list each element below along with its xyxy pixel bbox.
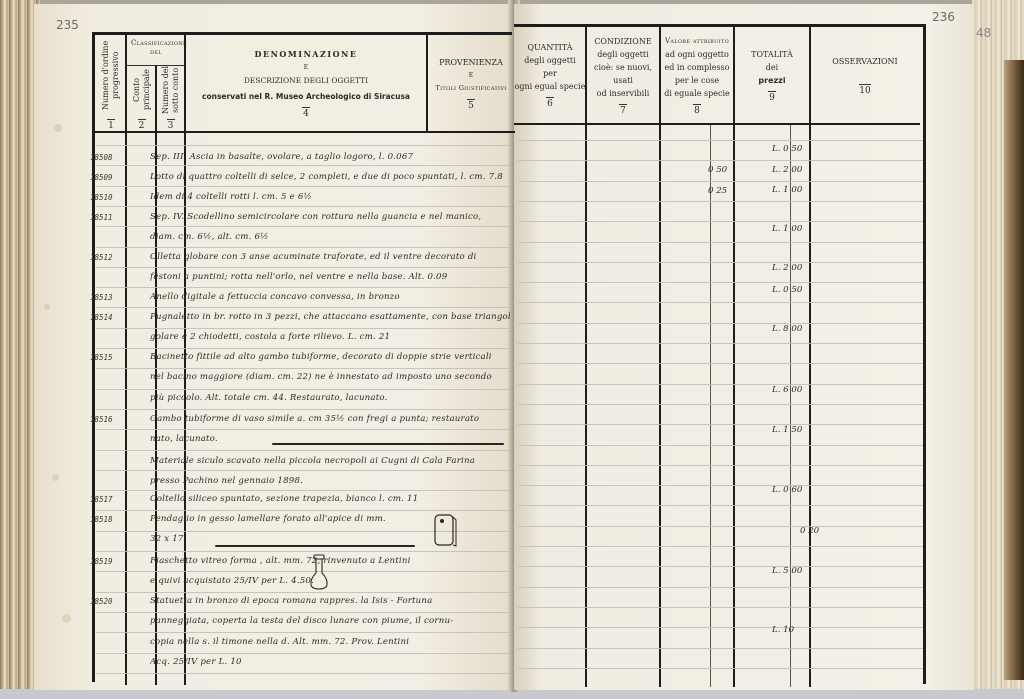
entry-description-line: nel bacino maggiore (diam. cm. 22) ne è … [150,372,510,382]
entry-description-line: copia nella s. il timone nella d. Alt. m… [150,637,510,647]
total-price: L. 0 60 [772,485,802,495]
entry-description-line: Lotto di quattro coltelli di selce, 2 co… [150,172,510,182]
foxing-stain [62,614,71,623]
ruled-line [96,592,510,593]
total-price: L. 5 00 [772,566,802,576]
ruled-line [96,450,510,451]
flask-sketch-icon [308,553,330,591]
entry-description-line: Acq. 25/IV per L. 10 [150,657,510,667]
column-subdivider [710,125,711,687]
ruled-line [518,282,923,283]
damaged-edge [1004,60,1024,680]
ledger-book-spread: 235 236 48 Numero d'ordine progressivo 1… [0,0,1024,699]
ruled-line [96,612,510,613]
entry-description-line: presso Pachino nel gennaio 1898. [150,476,510,486]
ruled-line [96,287,510,288]
ruled-line [96,409,510,410]
ruled-line [518,566,923,567]
ruled-line [518,546,923,547]
total-price: L. 0 50 [772,285,802,295]
entry-description-line: Bacinetto fittile ad alto gambo tubiform… [150,352,510,362]
ruled-line [96,673,510,674]
ruled-line [518,343,923,344]
ruled-line [96,226,510,227]
ruled-line [518,242,923,243]
ruled-line [96,145,510,146]
ruled-line [518,526,923,527]
entry-description-line: più piccolo. Alt. totale cm. 44. Restaur… [150,393,510,403]
total-price: L. 2 00 [772,165,802,175]
entry-description-line: Idem di 4 coltelli rotti l. cm. 5 e 6½ [150,192,510,202]
ruled-line [518,363,923,364]
ruled-line [96,490,510,491]
ruled-line [96,348,510,349]
unit-value: 0 50 [708,165,727,175]
right-register-table: QUANTITÀ degli oggetti per ogni egual sp… [514,24,926,684]
ruled-line [518,505,923,506]
entry-description-line: Coltello siliceo spuntato, sezione trape… [150,494,510,504]
ruled-line [96,429,510,430]
entry-description-line: panneggiata, coperta la testa del disco … [150,616,510,626]
ruled-line [96,186,510,187]
ruled-line [518,262,923,263]
ruled-line [518,404,923,405]
entry-number: 18512 [90,253,113,262]
header-col-9: TOTALITÀ dei prezzi 9 [734,27,810,125]
entry-number: 18508 [90,153,113,162]
total-price: L. 2 00 [772,263,802,273]
ruled-line [518,201,923,202]
ruled-line [96,165,510,166]
left-page-number: 235 [56,18,79,32]
entry-description-line: Sep. III. Ascia in basalte, ovolare, a t… [150,152,510,162]
entry-number: 18517 [90,495,113,504]
ruled-line [518,587,923,588]
ruled-line [518,302,923,303]
next-page-number: 48 [976,26,991,40]
ruled-line [518,221,923,222]
ruled-line [518,668,923,669]
ruled-line [96,389,510,390]
ruled-line [96,551,510,552]
ruled-line [518,181,923,182]
ruled-line [96,247,510,248]
foxing-stain [52,474,59,481]
entry-number: 18516 [90,415,113,424]
total-price: L. 10 [772,625,794,635]
header-col-6: QUANTITÀ degli oggetti per ogni egual sp… [514,27,586,125]
total-price: L. 6 00 [772,385,802,395]
column-divider [125,35,127,685]
column-divider [585,27,587,687]
entry-description-line: Statuetta in bronzo di epoca romana rapp… [150,596,510,606]
entry-number: 18514 [90,313,113,322]
ruled-line [96,653,510,654]
entry-description-line: e quivi acquistato 25/IV per L. 4.50. [150,576,510,586]
ruled-line [518,140,923,141]
entry-number: 18518 [90,515,113,524]
header-col-8: Valore attribuito ad ogni oggetto ed in … [660,27,734,125]
ruled-line [96,632,510,633]
entry-description-line: Olletta globare con 3 anse acuminate tra… [150,252,510,262]
header-col-5: PROVENIENZA E Titoli Giustificativi 5 [427,35,515,133]
header-col-1: Numero d'ordine progressivo 1 [95,35,127,133]
foxing-stain [44,304,50,310]
header-col-2: Conto principale 2 [127,65,156,133]
ruled-line [96,368,510,369]
column-divider [659,27,661,687]
total-price: L. 1 00 [772,224,802,234]
entry-description-line: Sep. IV. Scodellino semicircolare con ro… [150,212,510,222]
ruled-line [518,445,923,446]
entry-description-line: Pugnaletto in br. rotto in 3 pezzi, che … [150,312,510,322]
entry-description-line: Fiaschetto vitreo forma , alt. mm. 72, r… [150,556,510,566]
ink-underline [272,443,504,445]
total-price: L. 1 50 [772,425,802,435]
entry-description-line: Gambo tubiforme di vaso simile a. cm 35½… [150,414,510,424]
column-subdivider [790,125,791,687]
ruled-line [518,485,923,486]
ruled-line [96,267,510,268]
header-col-10: OSSERVAZIONI 10 [810,27,920,125]
ruled-line [518,424,923,425]
unit-value: 0 25 [708,186,727,196]
entry-description-line: golare e 2 chiodetti, costola a forte ri… [150,332,510,342]
ruled-line [518,384,923,385]
entry-description-line: festoni a puntini; rotta nell'orlo, nel … [150,272,510,282]
ruled-line [518,160,923,161]
ruled-line [518,648,923,649]
entry-number: 18519 [90,557,113,566]
ruled-line [96,328,510,329]
entry-number: 18510 [90,193,113,202]
ruled-line [96,571,510,572]
header-col-3: Numero del sotto conto 3 [156,65,185,133]
header-col-1-label: Numero d'ordine progressivo [101,35,121,115]
entry-description-line: Materiale siculo scavato nella piccola n… [150,456,510,466]
entry-number: 18513 [90,293,113,302]
entry-number: 18515 [90,353,113,362]
total-price: L. 1 00 [772,185,802,195]
pendant-sketch-icon [432,512,458,550]
ink-underline [215,545,415,547]
total-price: 0 20 [800,526,819,536]
column-divider [809,27,811,687]
ruled-line [96,206,510,207]
header-col-7: CONDIZIONE degli oggetti cioè: se nuovi,… [586,27,660,125]
column-divider [426,35,428,133]
entry-description-line: diam. cm. 6½, alt. cm. 6½ [150,232,510,242]
ruled-line [518,607,923,608]
column-divider [733,27,735,687]
ruled-line [518,323,923,324]
total-price: L. 8 00 [772,324,802,334]
entry-number: 18520 [90,597,113,606]
entry-description-line: Anello digitale a fettuccia concavo conv… [150,292,510,302]
entry-number: 18511 [90,213,113,222]
right-page-number: 236 [932,10,955,24]
ruled-line [518,627,923,628]
header-col-4: DENOMINAZIONE E DESCRIZIONE DEGLI OGGETT… [185,35,427,133]
ruled-line [518,465,923,466]
total-price: L. 0 50 [772,144,802,154]
entry-number: 18509 [90,173,113,182]
ruled-line [96,307,510,308]
right-page-edges [972,0,1024,699]
ruled-line [96,470,510,471]
foxing-stain [54,124,62,132]
